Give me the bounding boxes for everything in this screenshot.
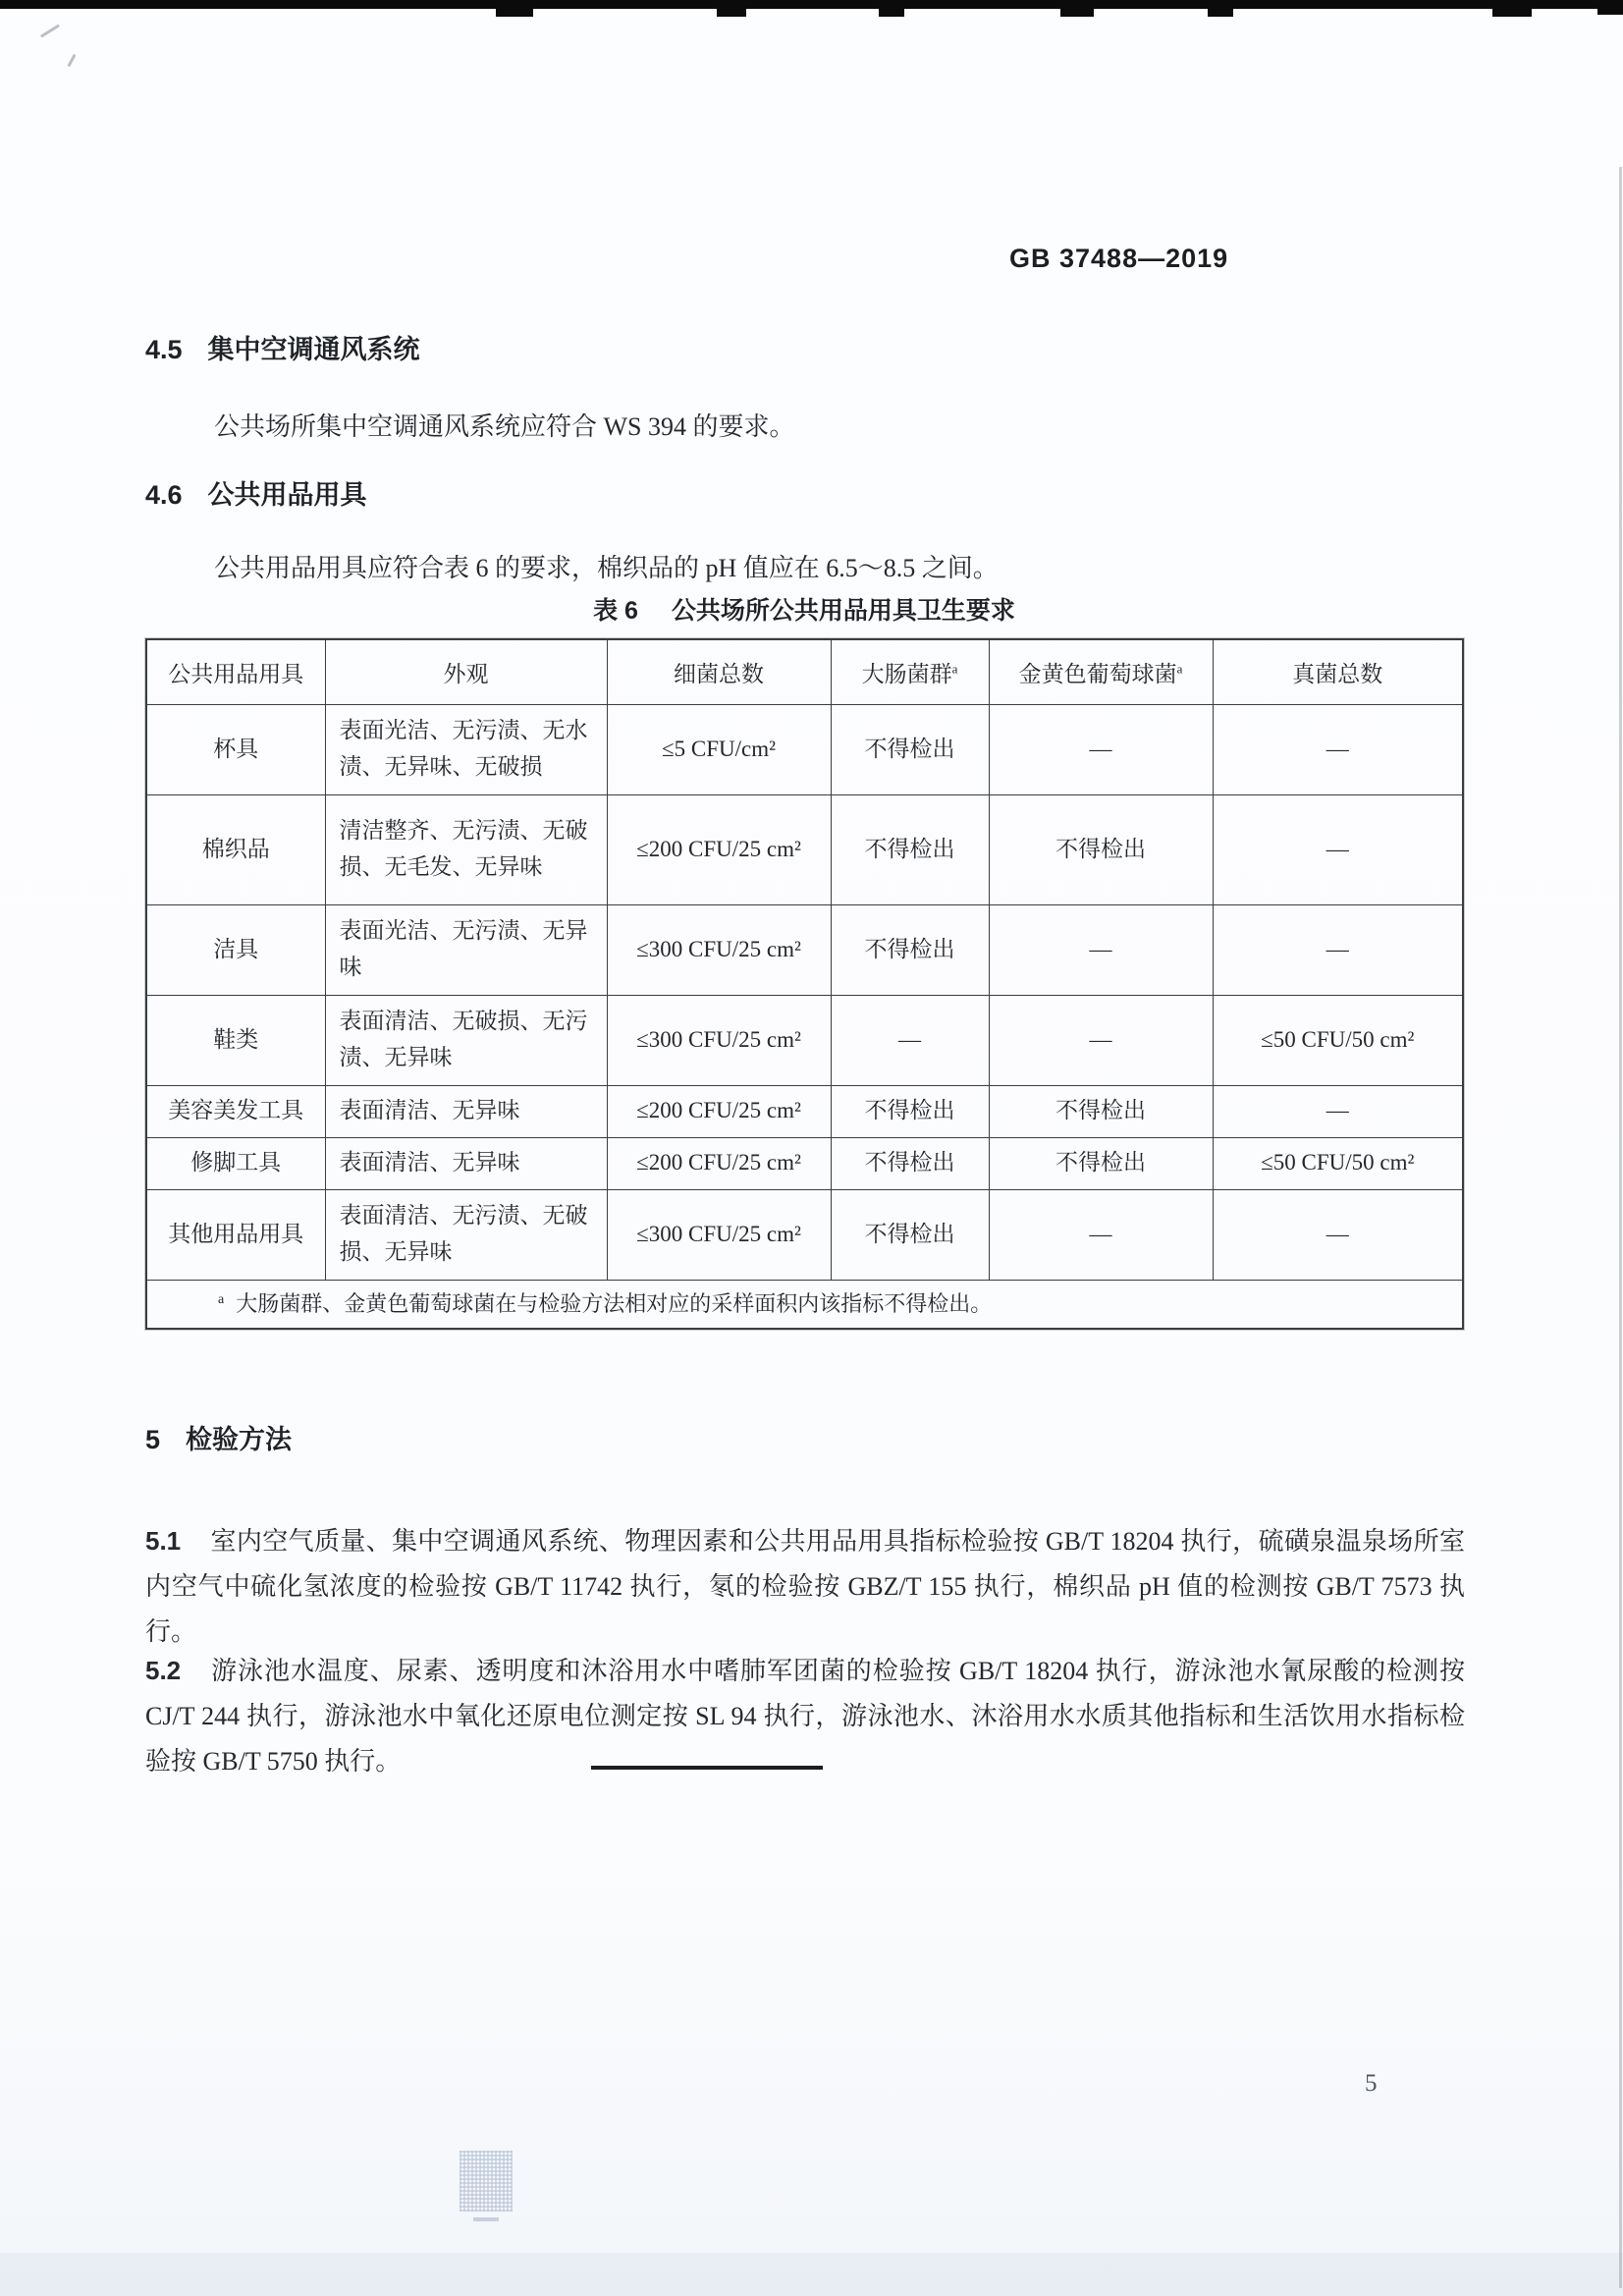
cell-staph: — — [989, 995, 1213, 1085]
heading-5: 5检验方法 — [145, 1418, 292, 1456]
scan-artifact-blot — [460, 2151, 513, 2212]
cell-coliform: — — [831, 995, 989, 1085]
cell-bacteria-total: ≤5 CFU/cm² — [607, 704, 831, 794]
paragraph-5-1: 5.1室内空气质量、集中空调通风系统、物理因素和公共用品用具指标检验按 GB/T… — [145, 1518, 1465, 1655]
clause-number: 5.1 — [145, 1526, 181, 1556]
scan-artifact-corner — [1597, 0, 1623, 15]
cell-coliform: 不得检出 — [831, 704, 989, 794]
pencil-mark — [67, 54, 76, 68]
scan-artifact-bottom-band — [0, 2253, 1623, 2296]
heading-4-5: 4.5集中空调通风系统 — [145, 328, 420, 366]
paragraph-5-2: 5.2游泳池水温度、尿素、透明度和沐浴用水中嗜肺军团菌的检验按 GB/T 182… — [145, 1648, 1465, 1784]
table-row: 杯具 表面光洁、无污渍、无水渍、无异味、无破损 ≤5 CFU/cm² 不得检出 … — [146, 704, 1463, 794]
table-caption: 表 6公共场所公共用品用具卫生要求 — [145, 591, 1463, 627]
cell-bacteria-total: ≤300 CFU/25 cm² — [607, 904, 831, 995]
scan-artifact-edge-line — [1619, 167, 1622, 2288]
cell-appearance: 表面光洁、无污渍、无水渍、无异味、无破损 — [325, 704, 607, 794]
cell-appearance: 清洁整齐、无污渍、无破损、无毛发、无异味 — [325, 794, 607, 904]
cell-coliform: 不得检出 — [831, 1085, 989, 1137]
cell-item: 鞋类 — [146, 995, 325, 1085]
cell-bacteria-total: ≤200 CFU/25 cm² — [607, 794, 831, 904]
cell-fungi-total: — — [1213, 904, 1463, 995]
scan-artifact-tick — [717, 9, 746, 17]
clause-number: 4.5 — [145, 335, 183, 364]
scan-artifact-top-strip — [0, 0, 1623, 9]
cell-item: 洁具 — [146, 904, 325, 995]
table-footnote-row: a大肠菌群、金黄色葡萄球菌在与检验方法相对应的采样面积内该指标不得检出。 — [146, 1280, 1463, 1329]
cell-fungi-total: — — [1213, 1189, 1463, 1280]
scan-artifact-tick — [879, 9, 904, 17]
cell-bacteria-total: ≤200 CFU/25 cm² — [607, 1137, 831, 1189]
cell-fungi-total: ≤50 CFU/50 cm² — [1213, 995, 1463, 1085]
cell-appearance: 表面光洁、无污渍、无异味 — [325, 904, 607, 995]
clause-number: 4.6 — [145, 480, 183, 510]
cell-fungi-total: ≤50 CFU/50 cm² — [1213, 1137, 1463, 1189]
cell-bacteria-total: ≤200 CFU/25 cm² — [607, 1085, 831, 1137]
cell-bacteria-total: ≤300 CFU/25 cm² — [607, 995, 831, 1085]
footnote-text: 大肠菌群、金黄色葡萄球菌在与检验方法相对应的采样面积内该指标不得检出。 — [236, 1291, 992, 1316]
clause-title: 集中空调通风系统 — [208, 335, 420, 364]
cell-appearance: 表面清洁、无异味 — [325, 1137, 607, 1189]
table-row: 洁具 表面光洁、无污渍、无异味 ≤300 CFU/25 cm² 不得检出 — — — [146, 904, 1463, 995]
table-row: 鞋类 表面清洁、无破损、无污渍、无异味 ≤300 CFU/25 cm² — — … — [146, 995, 1463, 1085]
document-page: GB 37488—2019 4.5集中空调通风系统 公共场所集中空调通风系统应符… — [0, 0, 1623, 2296]
page-number: 5 — [1365, 2070, 1378, 2098]
cell-staph: 不得检出 — [989, 1137, 1213, 1189]
clause-number: 5 — [145, 1425, 160, 1454]
pencil-mark — [40, 24, 60, 37]
cell-staph: 不得检出 — [989, 794, 1213, 904]
footnote-marker: a — [218, 1292, 224, 1307]
end-of-text-rule — [591, 1766, 823, 1770]
scan-artifact-blot-dash — [473, 2217, 499, 2221]
cell-appearance: 表面清洁、无破损、无污渍、无异味 — [325, 995, 607, 1085]
clause-title: 检验方法 — [186, 1425, 292, 1454]
cell-appearance: 表面清洁、无异味 — [325, 1085, 607, 1137]
cell-staph: — — [989, 904, 1213, 995]
paragraph-4-5: 公共场所集中空调通风系统应符合 WS 394 的要求。 — [214, 407, 795, 443]
cell-fungi-total: — — [1213, 704, 1463, 794]
table-row: 美容美发工具 表面清洁、无异味 ≤200 CFU/25 cm² 不得检出 不得检… — [146, 1085, 1463, 1137]
column-header-coliform: 大肠菌群a — [831, 639, 989, 704]
cell-coliform: 不得检出 — [831, 1137, 989, 1189]
scan-artifact-tick — [1208, 9, 1233, 17]
clause-body: 游泳池水温度、尿素、透明度和沐浴用水中嗜肺军团菌的检验按 GB/T 18204 … — [145, 1657, 1465, 1776]
table-row: 棉织品 清洁整齐、无污渍、无破损、无毛发、无异味 ≤200 CFU/25 cm²… — [146, 794, 1463, 904]
table-footnote: a大肠菌群、金黄色葡萄球菌在与检验方法相对应的采样面积内该指标不得检出。 — [146, 1280, 1463, 1329]
cell-item: 棉织品 — [146, 794, 325, 904]
heading-4-6: 4.6公共用品用具 — [145, 473, 367, 512]
cell-fungi-total: — — [1213, 794, 1463, 904]
clause-number: 5.2 — [145, 1656, 181, 1685]
table-row: 修脚工具 表面清洁、无异味 ≤200 CFU/25 cm² 不得检出 不得检出 … — [146, 1137, 1463, 1189]
standard-code: GB 37488—2019 — [1009, 244, 1228, 274]
scan-artifact-tick — [496, 9, 533, 17]
cell-staph: 不得检出 — [989, 1085, 1213, 1137]
cell-item: 美容美发工具 — [146, 1085, 325, 1137]
table-header-row: 公共用品用具 外观 细菌总数 大肠菌群a 金黄色葡萄球菌a 真菌总数 — [146, 639, 1463, 704]
cell-coliform: 不得检出 — [831, 904, 989, 995]
table-caption-title: 公共场所公共用品用具卫生要求 — [672, 597, 1015, 625]
scan-artifact-tick — [1492, 9, 1532, 17]
column-header-staph: 金黄色葡萄球菌a — [989, 639, 1213, 704]
cell-item: 修脚工具 — [146, 1137, 325, 1189]
table-row: 其他用品用具 表面清洁、无污渍、无破损、无异味 ≤300 CFU/25 cm² … — [146, 1189, 1463, 1280]
cell-staph: — — [989, 1189, 1213, 1280]
column-header-bacteria-total: 细菌总数 — [607, 639, 831, 704]
cell-bacteria-total: ≤300 CFU/25 cm² — [607, 1189, 831, 1280]
cell-appearance: 表面清洁、无污渍、无破损、无异味 — [325, 1189, 607, 1280]
paragraph-4-6: 公共用品用具应符合表 6 的要求，棉织品的 pH 值应在 6.5～8.5 之间。 — [214, 548, 999, 584]
cell-item: 杯具 — [146, 704, 325, 794]
cell-item: 其他用品用具 — [146, 1189, 325, 1280]
cell-staph: — — [989, 704, 1213, 794]
cell-fungi-total: — — [1213, 1085, 1463, 1137]
table-caption-number: 表 6 — [593, 597, 638, 625]
clause-title: 公共用品用具 — [208, 480, 367, 510]
column-header-appearance: 外观 — [325, 639, 607, 704]
clause-body: 室内空气质量、集中空调通风系统、物理因素和公共用品用具指标检验按 GB/T 18… — [145, 1527, 1465, 1646]
hygiene-requirements-table: 公共用品用具 外观 细菌总数 大肠菌群a 金黄色葡萄球菌a 真菌总数 杯具 表面… — [145, 638, 1464, 1330]
cell-coliform: 不得检出 — [831, 1189, 989, 1280]
column-header-fungi-total: 真菌总数 — [1213, 639, 1463, 704]
scan-artifact-tick — [1060, 9, 1094, 17]
column-header-item: 公共用品用具 — [146, 639, 325, 704]
cell-coliform: 不得检出 — [831, 794, 989, 904]
